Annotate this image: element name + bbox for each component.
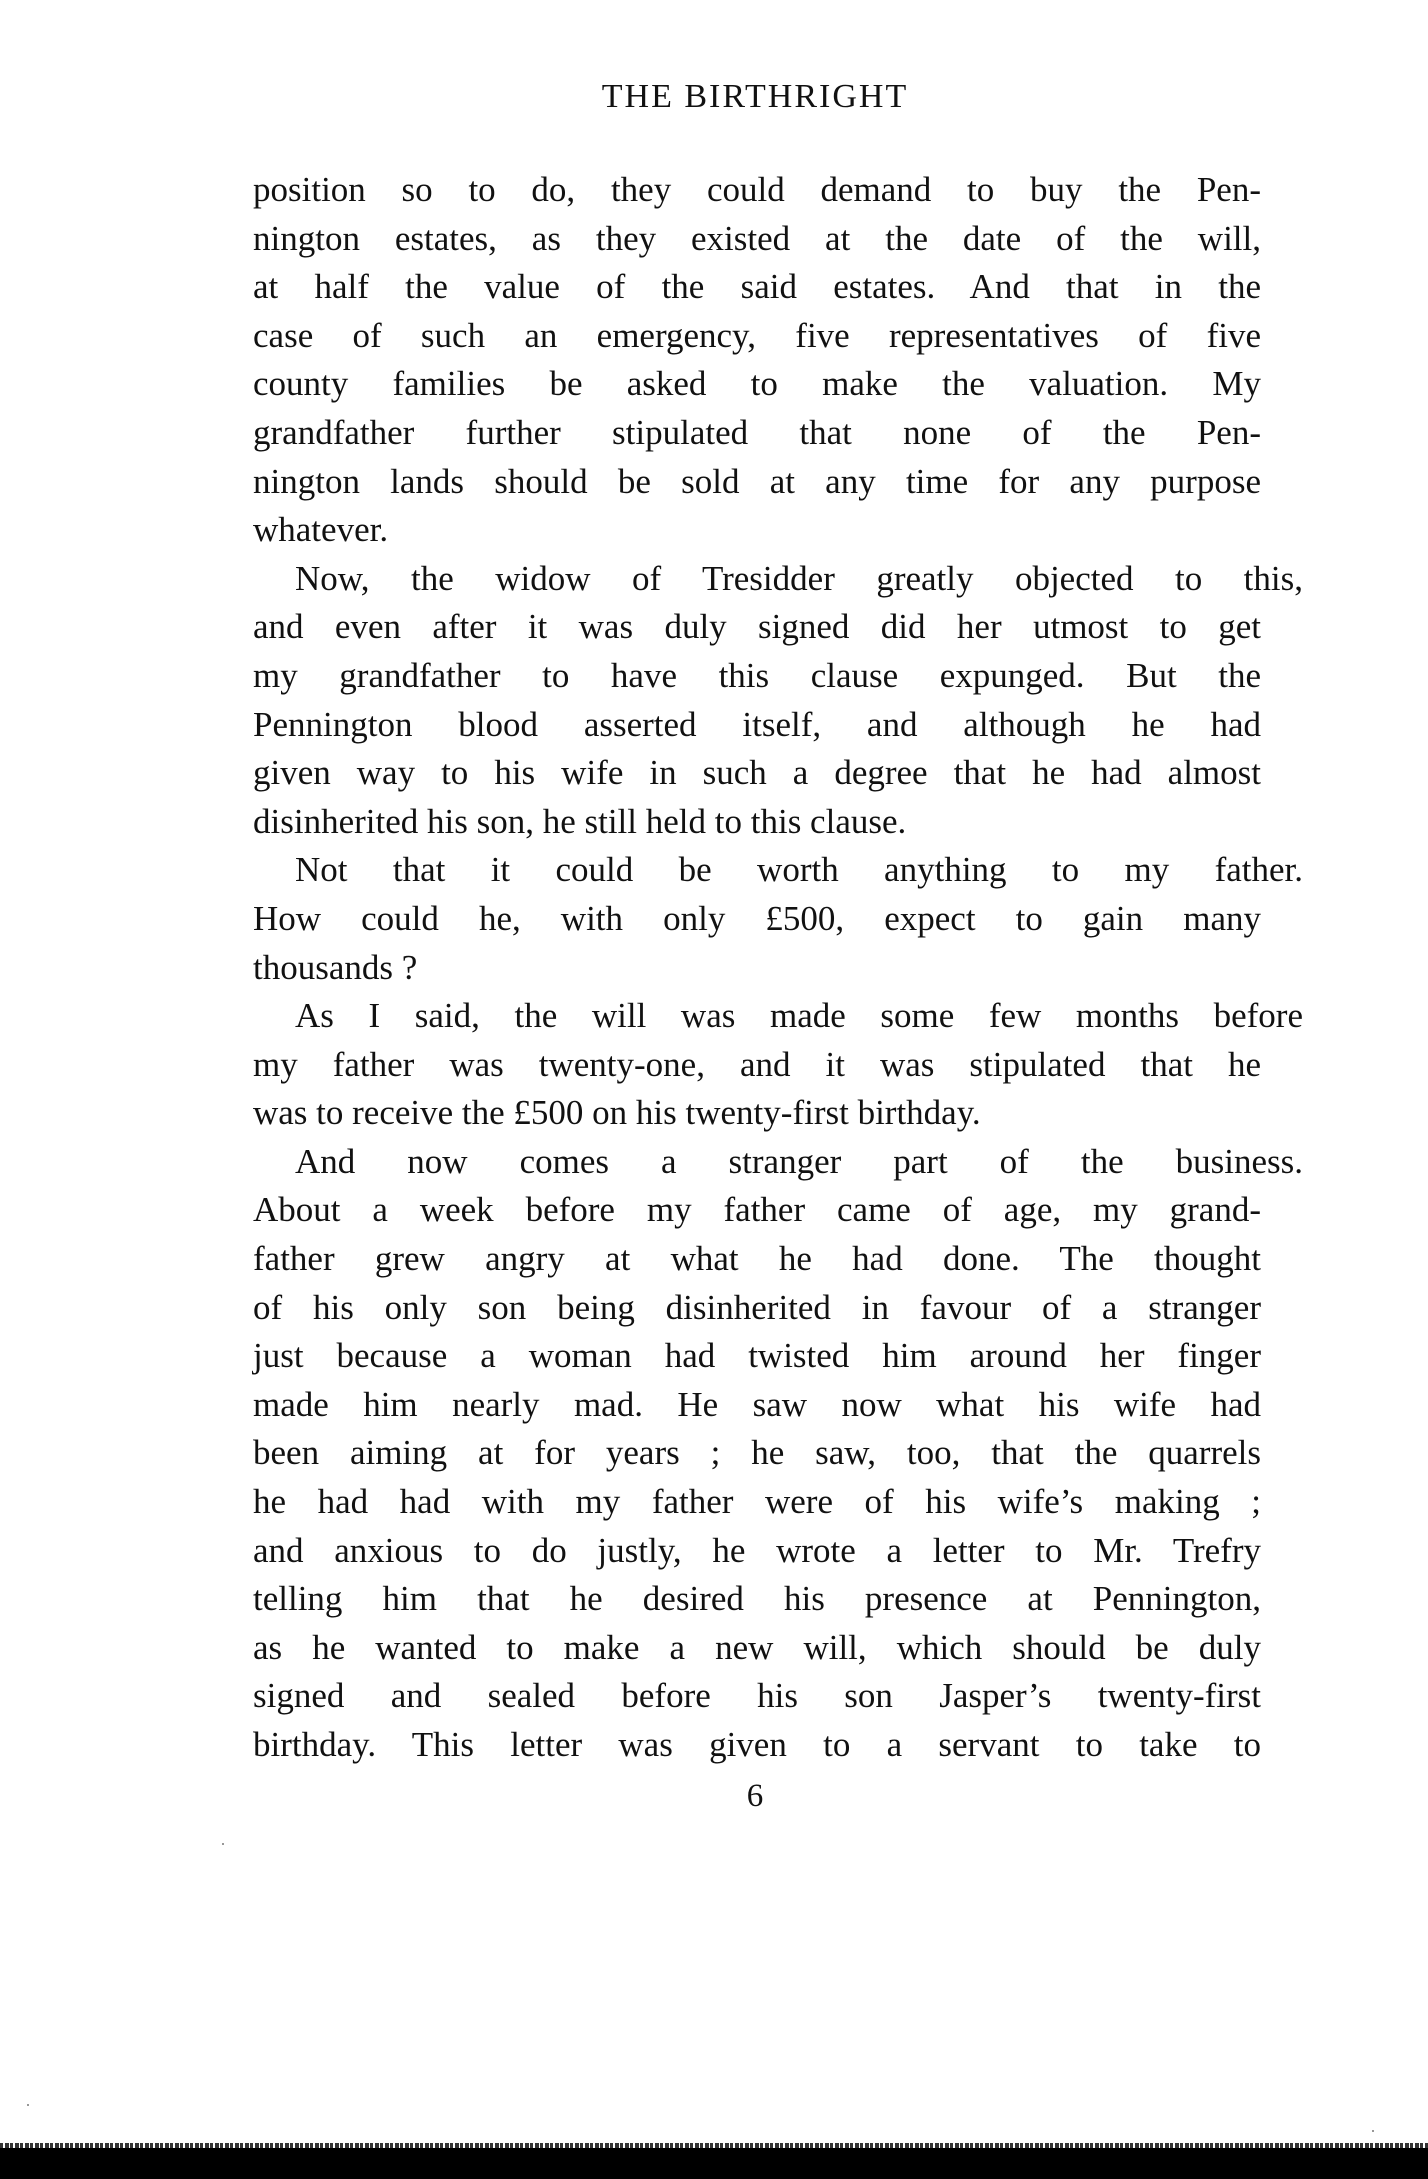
running-head: THE BIRTHRIGHT — [0, 78, 1428, 116]
text-line: he had had with my father were of his wi… — [253, 1478, 1261, 1527]
text-line: and anxious to do justly, he wrote a let… — [253, 1527, 1261, 1576]
text-line: case of such an emergency, five represen… — [253, 312, 1261, 361]
text-line: county families be asked to make the val… — [253, 360, 1261, 409]
paragraph: Now, the widow of Tresidder greatly obje… — [253, 555, 1261, 847]
text-line: was to receive the £500 on his twenty-fi… — [253, 1089, 1261, 1138]
text-line: signed and sealed before his son Jasper’… — [253, 1672, 1261, 1721]
page-number: 6 — [0, 1778, 1428, 1815]
body-text: position so to do, they could demand to … — [253, 166, 1261, 1770]
text-line: father grew angry at what he had done. T… — [253, 1235, 1261, 1284]
text-line: thousands ? — [253, 944, 1261, 993]
paragraph: Not that it could be worth anything to m… — [253, 846, 1261, 992]
text-line: About a week before my father came of ag… — [253, 1186, 1261, 1235]
scan-speck — [222, 1843, 224, 1845]
book-page: THE BIRTHRIGHT position so to do, they c… — [0, 0, 1428, 2179]
text-line: telling him that he desired his presence… — [253, 1575, 1261, 1624]
text-line: How could he, with only £500, expect to … — [253, 895, 1261, 944]
text-line: nington estates, as they existed at the … — [253, 215, 1261, 264]
text-line: and even after it was duly signed did he… — [253, 603, 1261, 652]
text-line: just because a woman had twisted him aro… — [253, 1332, 1261, 1381]
text-line: my grandfather to have this clause expun… — [253, 652, 1261, 701]
text-line: grandfather further stipulated that none… — [253, 409, 1261, 458]
text-line: nington lands should be sold at any time… — [253, 458, 1261, 507]
paragraph: position so to do, they could demand to … — [253, 166, 1261, 555]
text-line: as he wanted to make a new will, which s… — [253, 1624, 1261, 1673]
text-line: position so to do, they could demand to … — [253, 166, 1261, 215]
scan-speck — [27, 2104, 29, 2106]
text-line: whatever. — [253, 506, 1261, 555]
text-line: And now comes a stranger part of the bus… — [253, 1138, 1303, 1187]
paragraph: And now comes a stranger part of the bus… — [253, 1138, 1261, 1770]
paragraph: As I said, the will was made some few mo… — [253, 992, 1261, 1138]
text-line: been aiming at for years ; he saw, too, … — [253, 1429, 1261, 1478]
text-line: my father was twenty-one, and it was sti… — [253, 1041, 1261, 1090]
text-line: made him nearly mad. He saw now what his… — [253, 1381, 1261, 1430]
text-line: disinherited his son, he still held to t… — [253, 798, 1261, 847]
text-line: As I said, the will was made some few mo… — [253, 992, 1303, 1041]
text-line: of his only son being disinherited in fa… — [253, 1284, 1261, 1333]
text-line: Pennington blood asserted itself, and al… — [253, 701, 1261, 750]
text-line: given way to his wife in such a degree t… — [253, 749, 1261, 798]
scan-speck — [1372, 2130, 1374, 2132]
text-line: birthday. This letter was given to a ser… — [253, 1721, 1261, 1770]
text-line: Not that it could be worth anything to m… — [253, 846, 1303, 895]
text-line: Now, the widow of Tresidder greatly obje… — [253, 555, 1303, 604]
text-line: at half the value of the said estates. A… — [253, 263, 1261, 312]
scan-border-bottom — [0, 2148, 1428, 2179]
